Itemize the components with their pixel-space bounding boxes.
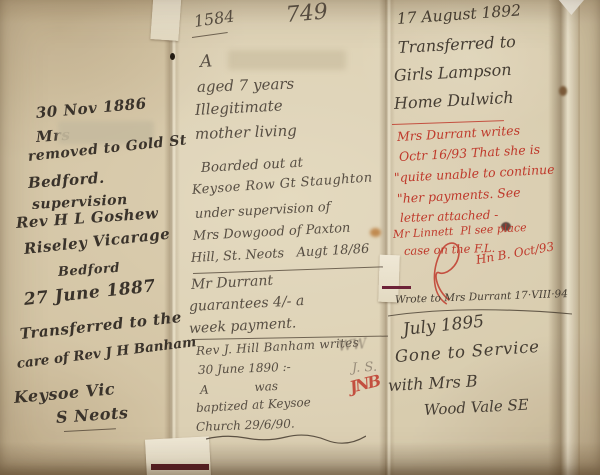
wavy-underline xyxy=(206,432,366,444)
ink-dot xyxy=(170,53,175,60)
handwritten-line: Church 29/6/90. xyxy=(196,418,295,433)
maroon-bottom-line xyxy=(151,464,209,470)
handwritten-line: mother living xyxy=(195,123,297,142)
handwritten-line: with Mrs B xyxy=(388,373,478,394)
handwritten-line: aged 7 years xyxy=(197,77,295,95)
pencil-scribble: WW xyxy=(337,337,367,354)
fold-crease-edge xyxy=(548,0,580,475)
handwritten-line: 30 June 1890 :- xyxy=(198,361,291,376)
red-note-line: letter attached - xyxy=(400,209,499,224)
handwritten-line: Illegitimate xyxy=(195,98,283,118)
maroon-line-right xyxy=(382,286,411,289)
case-record-card: 30 Nov 1886 Mrs removed to Gold St Bedfo… xyxy=(0,0,600,475)
handwritten-line: Mr Durrant xyxy=(191,274,274,292)
erased-name-ghost xyxy=(228,50,346,70)
rust-stain xyxy=(370,228,381,237)
handwritten-line: A xyxy=(200,53,213,71)
edge-strip xyxy=(578,0,600,475)
ledger-number: 749 xyxy=(285,1,329,27)
tape-fragment-top xyxy=(150,0,181,41)
stain-edge xyxy=(559,86,567,96)
